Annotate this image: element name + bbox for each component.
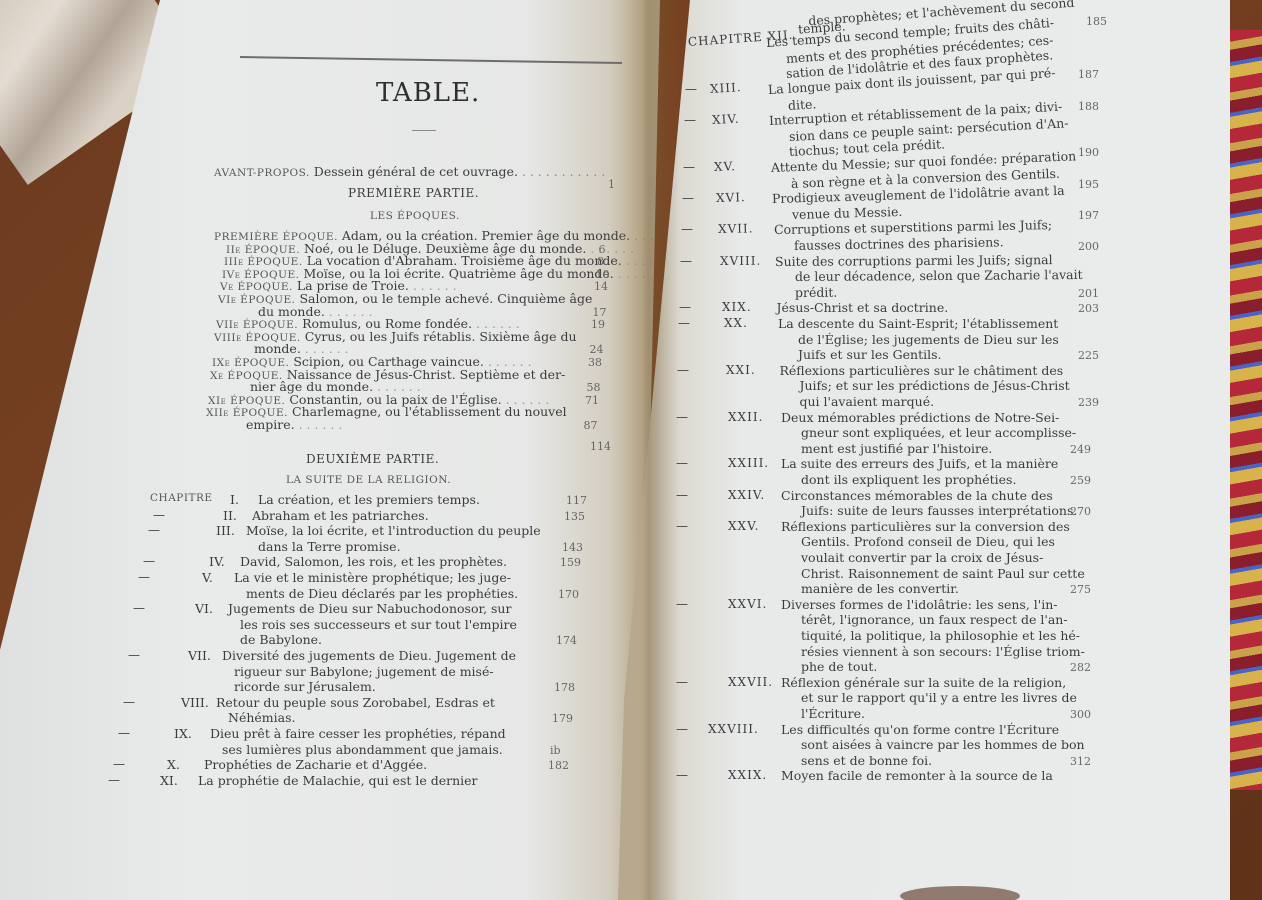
- chapter-text-line: dont ils expliquent les prophéties.: [801, 472, 1016, 487]
- page-number: 190: [1078, 146, 1099, 159]
- ditto-dash: —: [676, 597, 688, 611]
- page-number: 71: [585, 394, 599, 407]
- chapter-text-line: de Babylone.: [240, 632, 322, 647]
- leader-dots: . . . . . .: [295, 417, 343, 432]
- epoch-text: empire.: [246, 417, 295, 432]
- chapter-text-line: de l'Église; les jugements de Dieu sur l…: [798, 332, 1059, 347]
- page-number: 197: [1078, 209, 1099, 222]
- page-number: 179: [552, 712, 573, 725]
- page-number: 178: [554, 681, 575, 694]
- chapter-text-line: Moyen facile de remonter à la source de …: [781, 768, 1053, 783]
- chapter-text-line: prédit.: [795, 285, 837, 300]
- chapter-number: XX.: [724, 316, 748, 330]
- chapter-number: X.: [167, 757, 180, 772]
- chapter-number: XXIX.: [728, 768, 767, 782]
- chapter-number: II.: [223, 508, 237, 523]
- chapter-text-line: dans la Terre promise.: [258, 539, 401, 554]
- part1-subheading: LES ÉPOQUES.: [370, 210, 460, 222]
- ditto-dash: —: [108, 773, 120, 787]
- chapter-text-line: Néhémias.: [228, 710, 295, 725]
- left-page: TABLE. AVANT-PROPOS. Dessein général de …: [0, 0, 660, 900]
- chapter-number: XIX.: [722, 300, 752, 314]
- chapter-text-line: Retour du peuple sous Zorobabel, Esdras …: [216, 695, 495, 710]
- page-number: 239: [1078, 396, 1099, 409]
- chapter-number: XXVIII.: [708, 722, 759, 736]
- ditto-dash: —: [143, 554, 155, 568]
- chapter-text-line: fausses doctrines des pharisiens.: [793, 234, 1003, 253]
- chapter-text-line: Réflexions particulières sur le châtimen…: [780, 363, 1064, 378]
- page-number: 182: [548, 759, 569, 772]
- page-number: 1: [608, 178, 615, 191]
- chapter-number: XVII.: [718, 222, 754, 237]
- chapter-text-line: voulait convertir par la croix de Jésus-: [801, 550, 1043, 565]
- ditto-dash: —: [685, 82, 697, 96]
- page-number: 24: [590, 343, 604, 356]
- chapter-number: XIII.: [710, 80, 742, 96]
- chapter-text-line: et sur le rapport qu'il y a entre les li…: [801, 690, 1077, 705]
- chapter-text-line: Gentils. Profond conseil de Dieu, qui le…: [801, 534, 1055, 549]
- ditto-dash: —: [683, 160, 695, 174]
- chapter-text-line: ments de Dieu déclarés par les prophétie…: [246, 586, 518, 601]
- chapter-number: III.: [216, 523, 235, 538]
- chapter-text-line: Juifs: suite de leurs fausses interpréta…: [801, 503, 1077, 518]
- page-number: 174: [556, 634, 577, 647]
- page-number: 38: [588, 356, 602, 369]
- chapter-number: XI.: [160, 773, 178, 788]
- chapter-text-line: Réflexion générale sur la suite de la re…: [781, 675, 1066, 690]
- chapter-text-line: rigueur sur Babylone; jugement de misé-: [234, 664, 494, 679]
- chapter-number: XXVII.: [728, 675, 773, 689]
- chapter-text-line: térêt, l'ignorance, un faux respect de l…: [801, 612, 1068, 627]
- chapter-text-line: sens et de bonne foi.: [801, 753, 932, 768]
- ditto-dash: —: [133, 601, 145, 615]
- hand-edge: [900, 886, 1020, 900]
- title-divider: [412, 130, 436, 131]
- chapter-text-line: Prophéties de Zacharie et d'Aggée.: [204, 757, 427, 772]
- chapter-number: XVIII.: [720, 253, 761, 267]
- chapter-number: XV.: [714, 159, 736, 174]
- page-number: 201: [1078, 287, 1099, 300]
- page-number: 159: [560, 556, 581, 569]
- chapter-text-line: qui l'avaient marqué.: [800, 394, 935, 409]
- chapter-number: XXII.: [728, 410, 763, 424]
- chapitre-label: CHAPITRE: [150, 492, 213, 504]
- page-number: 87: [584, 419, 598, 432]
- chapter-text-line: Suite des corruptions parmi les Juifs; s…: [775, 252, 1053, 269]
- page-number: 117: [566, 494, 587, 507]
- page-number: 282: [1070, 661, 1091, 674]
- ditto-dash: —: [681, 222, 693, 236]
- ditto-dash: —: [679, 300, 691, 314]
- header-rule: [240, 56, 622, 64]
- chapter-text-line: tiquité, la politique, la philosophie et…: [801, 628, 1080, 643]
- page-number: 259: [1070, 474, 1091, 487]
- chapter-text-line: Moïse, la loi écrite, et l'introduction …: [246, 523, 541, 538]
- ditto-dash: —: [676, 722, 688, 736]
- ditto-dash: —: [676, 519, 688, 533]
- chapter-number: XIV.: [712, 112, 740, 127]
- leader-dots: . . . . . .: [614, 266, 662, 281]
- page-title: TABLE.: [376, 78, 480, 108]
- chapter-text-line: La création, et les premiers temps.: [258, 492, 480, 507]
- page-number: 188: [1078, 100, 1099, 113]
- chapter-number: VIII.: [181, 695, 209, 710]
- chapter-text-line: La descente du Saint-Esprit; l'établisse…: [778, 316, 1058, 331]
- chapter-number: V.: [202, 570, 213, 585]
- avant-propos-entry: AVANT-PROPOS. Dessein général de cet ouv…: [214, 164, 605, 179]
- chapter-number: I.: [230, 492, 239, 507]
- ditto-dash: —: [677, 363, 689, 377]
- ditto-dash: —: [682, 191, 694, 205]
- page-number: 275: [1070, 583, 1091, 596]
- chapter-text-line: gneur sont expliquées, et leur accomplis…: [801, 425, 1076, 440]
- chapter-text-line: résies viennent à son secours: l'Église …: [801, 644, 1085, 659]
- ditto-dash: —: [138, 570, 150, 584]
- page-number: 17: [593, 306, 607, 319]
- ditto-dash: —: [148, 523, 160, 537]
- part1-heading: PREMIÈRE PARTIE.: [348, 186, 479, 200]
- page-number: 225: [1078, 349, 1099, 362]
- page-number: 143: [562, 541, 583, 554]
- chapter-number: XXVI.: [728, 597, 767, 611]
- chapter-text-line: ricorde sur Jérusalem.: [234, 679, 376, 694]
- chapter-text-line: La vie et le ministère prophétique; les …: [234, 570, 511, 585]
- page-number: 114: [590, 440, 611, 453]
- chapter-text-line: de leur décadence, selon que Zacharie l'…: [795, 267, 1083, 284]
- page-number: 19: [591, 318, 605, 331]
- chapter-text-line: Dieu prêt à faire cesser les prophéties,…: [210, 726, 506, 741]
- chapter-number: XVI.: [716, 190, 746, 205]
- ditto-dash: —: [128, 648, 140, 662]
- part2-subheading: LA SUITE DE LA RELIGION.: [286, 474, 451, 486]
- chapter-text-line: l'Écriture.: [801, 706, 865, 721]
- chapter-text-line: sont aisées à vaincre par les hommes de …: [801, 737, 1085, 752]
- ditto-dash: —: [676, 456, 688, 470]
- ditto-dash: —: [684, 113, 696, 127]
- chapter-text-line: les rois ses successeurs et sur tout l'e…: [240, 617, 517, 632]
- chapter-text-line: David, Salomon, les rois, et les prophèt…: [240, 554, 507, 569]
- chapter-text-line: La suite des erreurs des Juifs, et la ma…: [781, 456, 1058, 471]
- page-number: 312: [1070, 755, 1091, 768]
- page-number: 170: [558, 588, 579, 601]
- ditto-dash: —: [153, 508, 165, 522]
- chapter-text-line: Corruptions et superstitions parmi les J…: [773, 218, 1051, 238]
- chapter-number: XXV.: [728, 519, 759, 533]
- ditto-dash: —: [678, 316, 690, 330]
- page-number: 195: [1078, 178, 1099, 191]
- chapter-text-line: Circonstances mémorables de la chute des: [781, 488, 1053, 503]
- chapter-text-line: Juifs; et sur les prédictions de Jésus-C…: [800, 378, 1070, 393]
- chapter-number: IV.: [209, 554, 225, 569]
- chapter-text-line: manière de les convertir.: [801, 581, 959, 596]
- chapter-number: VI.: [195, 601, 213, 616]
- epoch-entry-line: empire. . . . . . .: [246, 417, 342, 432]
- ditto-dash: —: [676, 675, 688, 689]
- page-number: 270: [1070, 505, 1091, 518]
- chapter-text-line: phe de tout.: [801, 659, 877, 674]
- page-number: 58: [587, 381, 601, 394]
- part2-heading: DEUXIÈME PARTIE.: [306, 452, 439, 466]
- page-number: 185: [1086, 15, 1107, 28]
- ditto-dash: —: [118, 726, 130, 740]
- ditto-dash: —: [676, 768, 688, 782]
- page-number: 187: [1078, 68, 1099, 81]
- chapter-text-line: Juifs et sur les Gentils.: [798, 347, 942, 362]
- chapter-text-line: Les difficultés qu'on forme contre l'Écr…: [781, 722, 1059, 737]
- page-number: 300: [1070, 708, 1091, 721]
- page-number: 249: [1070, 443, 1091, 456]
- chapter-text-line: Jugements de Dieu sur Nabuchodonosor, su…: [228, 601, 511, 616]
- ditto-dash: —: [676, 488, 688, 502]
- ditto-dash: —: [676, 410, 688, 424]
- chapter-text-line: ment est justifié par l'histoire.: [801, 441, 992, 456]
- ditto-dash: —: [113, 757, 125, 771]
- chapter-number: VII.: [188, 648, 211, 663]
- chapter-text-line: Abraham et les patriarches.: [252, 508, 429, 523]
- chapter-text-line: Réflexions particulières sur la conversi…: [781, 519, 1070, 534]
- chapter-number: XXIV.: [728, 488, 765, 502]
- chapter-text-line: Diverses formes de l'idolâtrie: les sens…: [781, 597, 1058, 612]
- page-number: 10: [596, 268, 610, 281]
- ditto-dash: —: [680, 254, 692, 268]
- page-number: 14: [594, 280, 608, 293]
- chapter-text-line: Deux mémorables prédictions de Notre-Sei…: [781, 410, 1059, 425]
- ditto-dash: —: [123, 695, 135, 709]
- page-number: 200: [1078, 240, 1099, 253]
- page-number: ib: [550, 744, 561, 757]
- page-number: 203: [1078, 302, 1099, 315]
- chapter-number: XXIII.: [728, 456, 769, 470]
- chapter-number: XXI.: [726, 363, 756, 377]
- right-page: des prophètes; et l'achèvement du second…: [618, 0, 1238, 900]
- chapter-text-line: Diversité des jugements de Dieu. Jugemen…: [222, 648, 516, 663]
- chapter-number: IX.: [174, 726, 192, 741]
- chapter-text-line: Jésus-Christ et sa doctrine.: [777, 300, 949, 315]
- page-number: 135: [564, 510, 585, 523]
- chapter-text-line: La prophétie de Malachie, qui est le der…: [198, 773, 478, 788]
- chapter-text-line: ses lumières plus abondamment que jamais…: [222, 742, 503, 757]
- chapter-text-line: Christ. Raisonnement de saint Paul sur c…: [801, 566, 1085, 581]
